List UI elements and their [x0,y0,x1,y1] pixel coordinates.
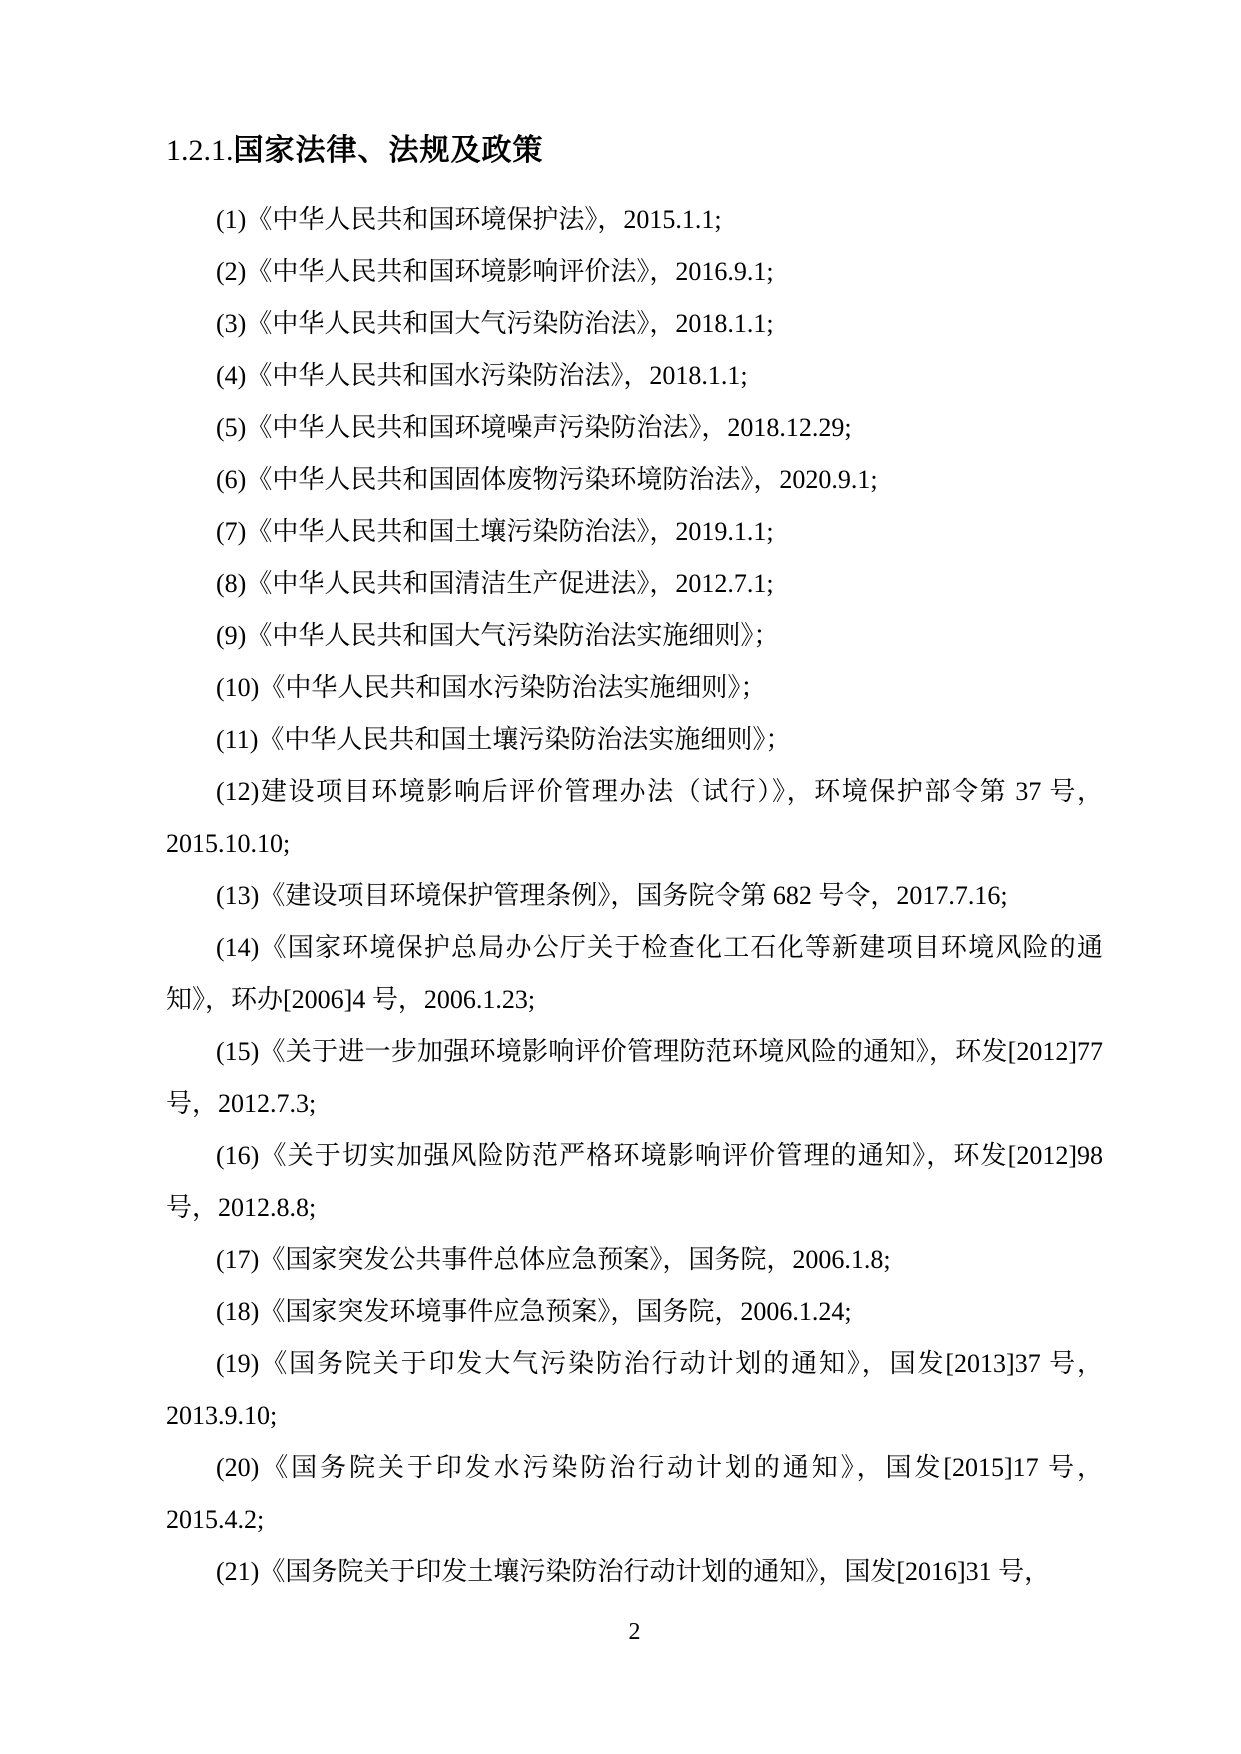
list-item: (20)《国务院关于印发水污染防治行动计划的通知》，国发[2015]17 号，2… [166,1442,1103,1546]
list-item: (9)《中华人民共和国大气污染防治法实施细则》； [166,610,1103,662]
document-content: 1.2.1.国家法律、法规及政策 (1)《中华人民共和国环境保护法》，2015.… [166,128,1103,1598]
list-item: (17)《国家突发公共事件总体应急预案》，国务院，2006.1.8; [166,1234,1103,1286]
list-item: (16)《关于切实加强风险防范严格环境影响评价管理的通知》，环发[2012]98… [166,1130,1103,1234]
list-item: (8)《中华人民共和国清洁生产促进法》，2012.7.1; [166,558,1103,610]
section-heading-title: 国家法律、法规及政策 [234,133,544,168]
section-heading-number: 1.2.1. [166,134,234,167]
list-item: (3)《中华人民共和国大气污染防治法》，2018.1.1; [166,298,1103,350]
list-item: (1)《中华人民共和国环境保护法》，2015.1.1; [166,194,1103,246]
list-item: (10)《中华人民共和国水污染防治法实施细则》； [166,662,1103,714]
list-item: (11)《中华人民共和国土壤污染防治法实施细则》； [166,714,1103,766]
list-item: (5)《中华人民共和国环境噪声污染防治法》，2018.12.29; [166,402,1103,454]
list-item: (21)《国务院关于印发土壤污染防治行动计划的通知》，国发[2016]31 号， [166,1546,1103,1598]
list-item: (4)《中华人民共和国水污染防治法》，2018.1.1; [166,350,1103,402]
list-item: (6)《中华人民共和国固体废物污染环境防治法》，2020.9.1; [166,454,1103,506]
document-page: 1.2.1.国家法律、法规及政策 (1)《中华人民共和国环境保护法》，2015.… [0,0,1241,1754]
list-item: (19)《国务院关于印发大气污染防治行动计划的通知》，国发[2013]37 号，… [166,1338,1103,1442]
list-item: (18)《国家突发环境事件应急预案》，国务院，2006.1.24; [166,1286,1103,1338]
list-item: (7)《中华人民共和国土壤污染防治法》，2019.1.1; [166,506,1103,558]
list-item: (14)《国家环境保护总局办公厅关于检查化工石化等新建项目环境风险的通知》，环办… [166,922,1103,1026]
list-item: (15)《关于进一步加强环境影响评价管理防范环境风险的通知》，环发[2012]7… [166,1026,1103,1130]
list-item: (12)建设项目环境影响后评价管理办法（试行）》，环境保护部令第 37 号，20… [166,766,1103,870]
section-heading: 1.2.1.国家法律、法规及政策 [166,128,1103,174]
list-item: (2)《中华人民共和国环境影响评价法》，2016.9.1; [166,246,1103,298]
list-item: (13)《建设项目环境保护管理条例》，国务院令第 682 号令，2017.7.1… [166,870,1103,922]
page-number: 2 [166,1614,1103,1650]
